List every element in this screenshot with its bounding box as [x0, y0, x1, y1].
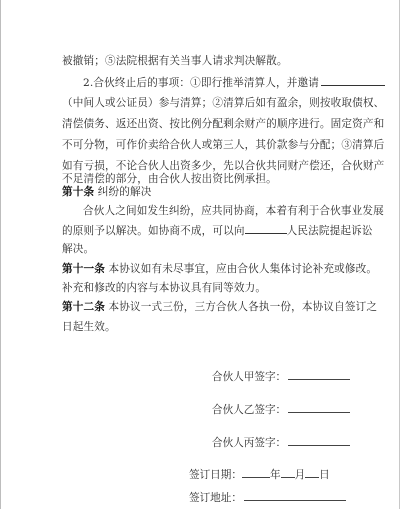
partner-b-signature-blank[interactable]	[288, 402, 350, 413]
paragraph-text: 解决。	[62, 243, 94, 255]
address-blank[interactable]	[244, 490, 346, 501]
article-10-heading: 第十条 纠纷的解决	[62, 185, 344, 199]
paragraph-line: 补充和修改的内容与本协议具有同等效力。	[62, 281, 344, 295]
signing-date: 签订日期：年月日	[189, 467, 330, 482]
liquidation-text: 2.合伙终止后的事项：①即行推举清算人，并邀请	[83, 77, 319, 89]
court-blank[interactable]	[245, 223, 287, 234]
paragraph-line: 合伙人之间如发生纠纷，应共同协商，本着有利于合伙事业发展	[83, 204, 344, 218]
paragraph-line: 被撤销；⑤法院根据有关当事人请求判决解散。	[62, 54, 344, 68]
partner-c-signature: 合伙人丙签字：	[212, 435, 350, 450]
article-11: 第十一条 本协议如有未尽事宜，应由合伙人集体讨论补充或修改。	[62, 262, 344, 276]
paragraph-line: 的原则予以解决。如协商不成，可以向人民法院提起诉讼	[62, 223, 344, 238]
paragraph-line: 不足清偿的部分，由合伙人按出资比例承担。	[62, 172, 344, 186]
partner-b-signature: 合伙人乙签字：	[212, 402, 350, 417]
document-page: 被撤销；⑤法院根据有关当事人请求判决解散。 2.合伙终止后的事项：①即行推举清算…	[0, 0, 400, 509]
paragraph-text: 合伙人之间如发生纠纷，应共同协商，本着有利于合伙事业发展	[83, 205, 384, 217]
paragraph-text: 不足清偿的部分，由合伙人按出资比例承担。	[62, 173, 277, 185]
article-text: 本协议一式三份，三方合伙人各执一份，本协议自签订之	[105, 301, 377, 313]
paragraph-text: 日起生效。	[62, 321, 116, 333]
paragraph-line: 如有亏损，不论合伙人出资多少，先以合伙共同财产偿还，合伙财产	[62, 159, 344, 173]
partner-a-signature: 合伙人甲签字：	[212, 369, 350, 384]
signature-label: 合伙人甲签字：	[212, 371, 286, 383]
paragraph-line: 不可分物，可作价卖给合伙人或第三人，其价款参与分配；③清算后	[62, 138, 344, 152]
year-label: 年	[270, 469, 281, 481]
month-label: 月	[295, 469, 306, 481]
liquidator-blank[interactable]	[321, 75, 385, 86]
paragraph-text: 不可分物，可作价卖给合伙人或第三人，其价款参与分配；③清算后	[62, 139, 384, 151]
paragraph-text: 的原则予以解决。如协商不成，可以向	[62, 225, 245, 237]
year-blank[interactable]	[242, 467, 270, 478]
signing-address: 签订地址：	[189, 490, 346, 505]
article-number: 第十条	[62, 186, 94, 198]
paragraph-text: （中间人或公证员）参与清算；②清算后如有盈余，则按收取债权、	[62, 97, 384, 109]
partner-a-signature-blank[interactable]	[288, 369, 350, 380]
paragraph-text: 清偿债务、返还出资、按比例分配剩余财产的顺序进行。固定资产和	[62, 118, 384, 130]
day-label: 日	[319, 469, 330, 481]
paragraph-line: 日起生效。	[62, 320, 344, 334]
signature-label: 合伙人乙签字：	[212, 404, 286, 416]
paragraph-text: 如有亏损，不论合伙人出资多少，先以合伙共同财产偿还，合伙财产	[62, 160, 384, 172]
paragraph-line: 清偿债务、返还出资、按比例分配剩余财产的顺序进行。固定资产和	[62, 117, 344, 131]
article-number: 第十一条	[62, 263, 105, 275]
address-label: 签订地址：	[189, 492, 242, 504]
paragraph-line: 解决。	[62, 242, 344, 256]
signature-label: 合伙人丙签字：	[212, 437, 286, 449]
article-heading: 纠纷的解决	[94, 186, 151, 198]
paragraph-text: 补充和修改的内容与本协议具有同等效力。	[62, 282, 266, 294]
article-12: 第十二条 本协议一式三份，三方合伙人各执一份，本协议自签订之	[62, 300, 344, 314]
day-blank[interactable]	[305, 467, 319, 478]
date-label: 签订日期：	[189, 469, 242, 481]
paragraph-line: （中间人或公证员）参与清算；②清算后如有盈余，则按收取债权、	[62, 96, 344, 110]
article-text: 本协议如有未尽事宜，应由合伙人集体讨论补充或修改。	[105, 263, 377, 275]
paragraph-line: 2.合伙终止后的事项：①即行推举清算人，并邀请	[83, 75, 344, 90]
article-number: 第十二条	[62, 301, 105, 313]
paragraph-text: 人民法院提起诉讼	[287, 225, 373, 237]
dissolution-text: 被撤销；⑤法院根据有关当事人请求判决解散。	[62, 55, 288, 67]
partner-c-signature-blank[interactable]	[288, 435, 350, 446]
month-blank[interactable]	[281, 467, 295, 478]
